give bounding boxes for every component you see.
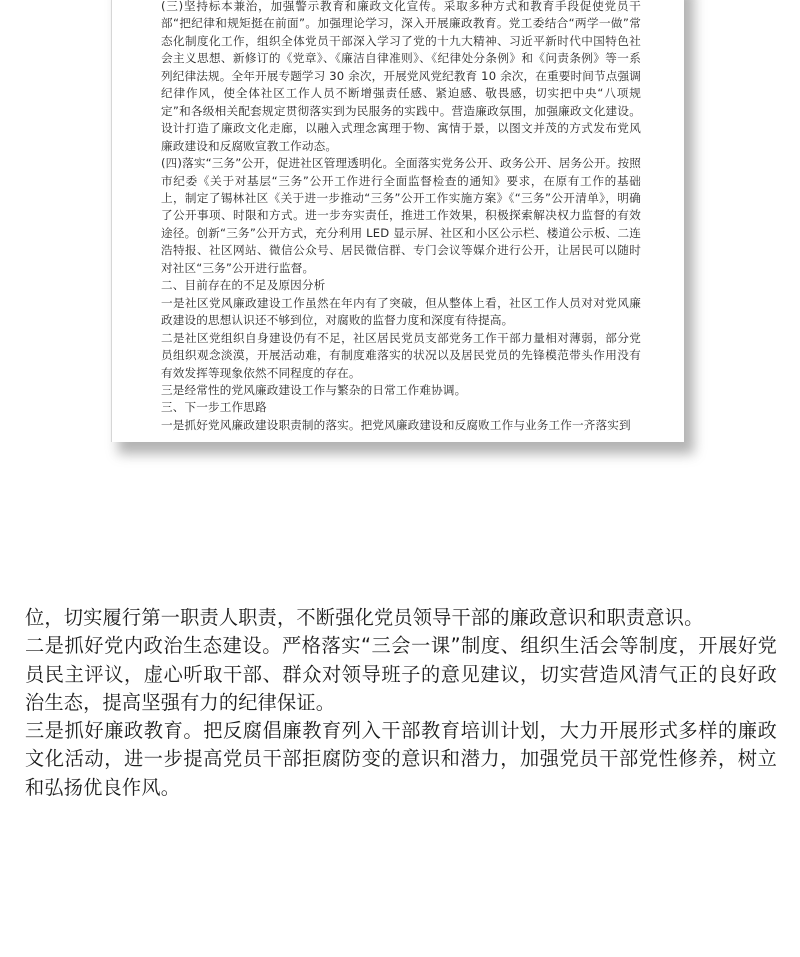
heading-next-steps: 三、下一步工作思路: [161, 399, 641, 416]
paragraph-section-3: (三)坚持标本兼治，加强警示教育和廉政文化宣传。采取多种方式和教育手段促使党员干…: [161, 0, 641, 155]
paragraph-shortcoming-3: 三是经常性的党风廉政建设工作与繁杂的日常工作难协调。: [161, 382, 641, 399]
heading-shortcomings: 二、目前存在的不足及原因分析: [161, 277, 641, 294]
paragraph-shortcoming-1: 一是社区党风廉政建设工作虽然在年内有了突破，但从整体上看，社区工作人员对对党风廉…: [161, 295, 641, 330]
paragraph-next-step-3: 三是抓好廉政教育。把反腐倡廉教育列入干部教育培训计划，大力开展形式多样的廉政文化…: [25, 717, 777, 802]
paragraph-section-4: (四)落实“三务”公开，促进社区管理透明化。全面落实党务公开、政务公开、居务公开…: [161, 155, 641, 277]
document-page-preview: (三)坚持标本兼治，加强警示教育和廉政文化宣传。采取多种方式和教育手段促使党员干…: [111, 0, 684, 442]
paragraph-next-step-1-start: 一是抓好党风廉政建设职责制的落实。把党风廉政建设和反腐败工作与业务工作一齐落实到: [161, 417, 641, 434]
paragraph-next-step-2: 二是抓好党内政治生态建设。严格落实“三会一课”制度、组织生活会等制度，开展好党员…: [25, 632, 777, 717]
page-body-text: (三)坚持标本兼治，加强警示教育和廉政文化宣传。采取多种方式和教育手段促使党员干…: [161, 0, 641, 434]
paragraph-next-step-1-end: 位，切实履行第一职责人职责，不断强化党员领导干部的廉政意识和职责意识。: [25, 604, 777, 632]
continuation-text-block: 位，切实履行第一职责人职责，不断强化党员领导干部的廉政意识和职责意识。 二是抓好…: [25, 604, 777, 802]
paragraph-shortcoming-2: 二是社区党组织自身建设仍有不足，社区居民党员支部党务工作干部力量相对薄弱，部分党…: [161, 330, 641, 382]
